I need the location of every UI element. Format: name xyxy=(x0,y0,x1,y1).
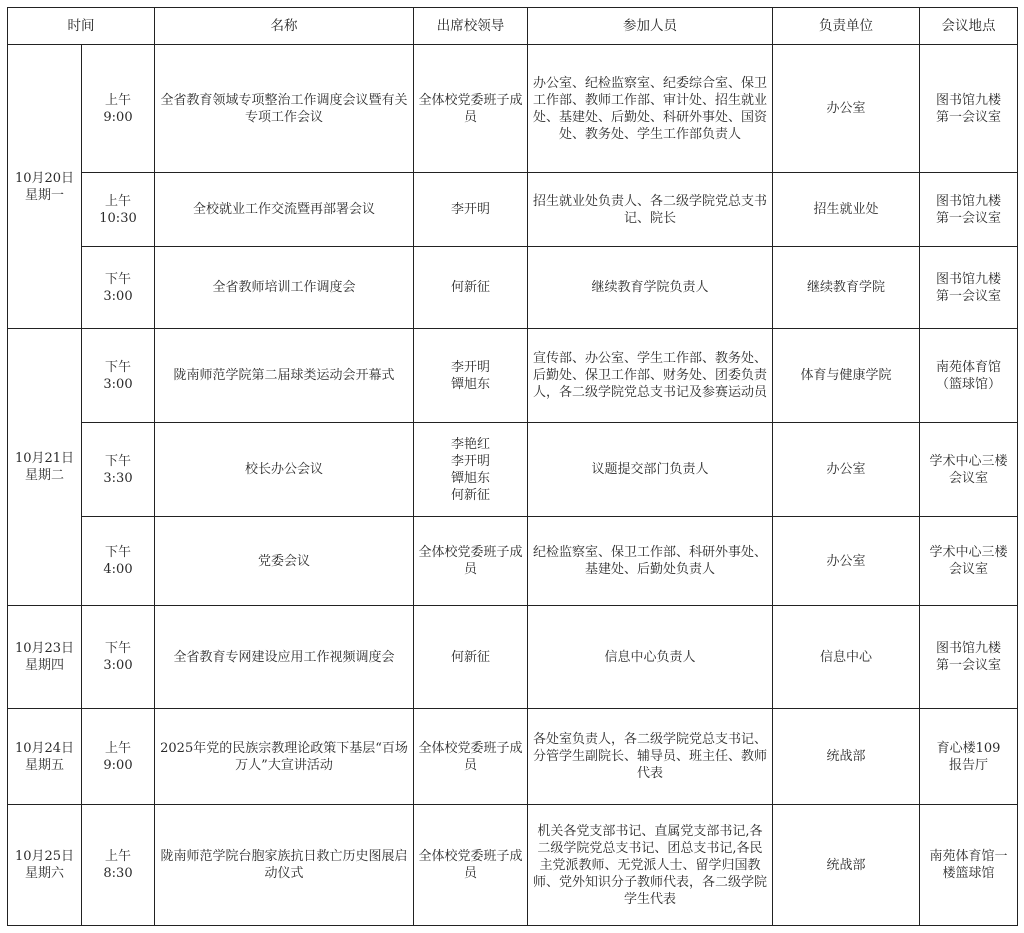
time-cell: 下午 3:00 xyxy=(82,247,155,329)
time-cell: 下午 3:00 xyxy=(82,606,155,709)
date-cell: 10月21日 星期二 xyxy=(8,329,82,606)
table-row: 10月25日 星期六 上午 8:30 陇南师范学院台胞家族抗日救亡历史图展启动仪… xyxy=(8,805,1018,926)
table-row: 上午 10:30 全校就业工作交流暨再部署会议 李开明 招生就业处负责人、各二级… xyxy=(8,173,1018,247)
time-cell: 下午 3:30 xyxy=(82,423,155,517)
meeting-name-cell: 陇南师范学院台胞家族抗日救亡历史图展启动仪式 xyxy=(155,805,414,926)
meeting-name-cell: 陇南师范学院第二届球类运动会开幕式 xyxy=(155,329,414,423)
date-cell: 10月23日 星期四 xyxy=(8,606,82,709)
meeting-schedule-table: 时间 名称 出席校领导 参加人员 负责单位 会议地点 10月20日 星期一 上午… xyxy=(7,7,1018,926)
location-cell: 图书馆九楼 第一会议室 xyxy=(920,247,1018,329)
table-row: 下午 4:00 党委会议 全体校党委班子成员 纪检监察室、保卫工作部、科研外事处… xyxy=(8,517,1018,606)
header-unit: 负责单位 xyxy=(773,8,920,45)
location-cell: 南苑体育馆一 楼篮球馆 xyxy=(920,805,1018,926)
leaders-cell: 全体校党委班子成员 xyxy=(414,45,528,173)
date-cell: 10月25日 星期六 xyxy=(8,805,82,926)
location-cell: 学术中心三楼 会议室 xyxy=(920,517,1018,606)
attendees-cell: 纪检监察室、保卫工作部、科研外事处、基建处、后勤处负责人 xyxy=(528,517,773,606)
location-cell: 图书馆九楼 第一会议室 xyxy=(920,45,1018,173)
leaders-cell: 李艳红 李开明 镡旭东 何新征 xyxy=(414,423,528,517)
leaders-cell: 全体校党委班子成员 xyxy=(414,805,528,926)
attendees-cell: 宣传部、办公室、学生工作部、教务处、后勤处、保卫工作部、财务处、团委负责人，各二… xyxy=(528,329,773,423)
meeting-name-cell: 全校就业工作交流暨再部署会议 xyxy=(155,173,414,247)
meeting-name-cell: 党委会议 xyxy=(155,517,414,606)
attendees-cell: 继续教育学院负责人 xyxy=(528,247,773,329)
time-cell: 上午 10:30 xyxy=(82,173,155,247)
meeting-name-cell: 全省教育专网建设应用工作视频调度会 xyxy=(155,606,414,709)
unit-cell: 统战部 xyxy=(773,709,920,805)
attendees-cell: 信息中心负责人 xyxy=(528,606,773,709)
location-cell: 图书馆九楼 第一会议室 xyxy=(920,173,1018,247)
unit-cell: 招生就业处 xyxy=(773,173,920,247)
location-cell: 图书馆九楼 第一会议室 xyxy=(920,606,1018,709)
header-location: 会议地点 xyxy=(920,8,1018,45)
unit-cell: 统战部 xyxy=(773,805,920,926)
table-row: 10月24日 星期五 上午 9:00 2025年党的民族宗教理论政策下基层“百场… xyxy=(8,709,1018,805)
meeting-name-cell: 校长办公会议 xyxy=(155,423,414,517)
header-row: 时间 名称 出席校领导 参加人员 负责单位 会议地点 xyxy=(8,8,1018,45)
meeting-name-cell: 2025年党的民族宗教理论政策下基层“百场万人”大宣讲活动 xyxy=(155,709,414,805)
leaders-cell: 全体校党委班子成员 xyxy=(414,709,528,805)
unit-cell: 信息中心 xyxy=(773,606,920,709)
header-time: 时间 xyxy=(8,8,155,45)
location-cell: 育心楼109 报告厅 xyxy=(920,709,1018,805)
attendees-cell: 办公室、纪检监察室、纪委综合室、保卫工作部、教师工作部、审计处、招生就业处、基建… xyxy=(528,45,773,173)
unit-cell: 办公室 xyxy=(773,45,920,173)
unit-cell: 办公室 xyxy=(773,423,920,517)
attendees-cell: 机关各党支部书记、直属党支部书记,各二级学院党总支书记、团总支书记,各民主党派教… xyxy=(528,805,773,926)
unit-cell: 体育与健康学院 xyxy=(773,329,920,423)
date-cell: 10月20日 星期一 xyxy=(8,45,82,329)
leaders-cell: 何新征 xyxy=(414,247,528,329)
table-row: 10月20日 星期一 上午 9:00 全省教育领域专项整治工作调度会议暨有关专项… xyxy=(8,45,1018,173)
location-cell: 学术中心三楼 会议室 xyxy=(920,423,1018,517)
time-cell: 上午 9:00 xyxy=(82,709,155,805)
time-cell: 上午 8:30 xyxy=(82,805,155,926)
table-row: 10月21日 星期二 下午 3:00 陇南师范学院第二届球类运动会开幕式 李开明… xyxy=(8,329,1018,423)
unit-cell: 继续教育学院 xyxy=(773,247,920,329)
leaders-cell: 全体校党委班子成员 xyxy=(414,517,528,606)
leaders-cell: 何新征 xyxy=(414,606,528,709)
leaders-cell: 李开明 xyxy=(414,173,528,247)
unit-cell: 办公室 xyxy=(773,517,920,606)
leaders-cell: 李开明 镡旭东 xyxy=(414,329,528,423)
attendees-cell: 招生就业处负责人、各二级学院党总支书记、院长 xyxy=(528,173,773,247)
meeting-name-cell: 全省教师培训工作调度会 xyxy=(155,247,414,329)
location-cell: 南苑体育馆 （篮球馆） xyxy=(920,329,1018,423)
table-row: 下午 3:00 全省教师培训工作调度会 何新征 继续教育学院负责人 继续教育学院… xyxy=(8,247,1018,329)
header-leaders: 出席校领导 xyxy=(414,8,528,45)
meeting-name-cell: 全省教育领域专项整治工作调度会议暨有关专项工作会议 xyxy=(155,45,414,173)
attendees-cell: 各处室负责人，各二级学院党总支书记、分管学生副院长、辅导员、班主任、教师代表 xyxy=(528,709,773,805)
header-attendees: 参加人员 xyxy=(528,8,773,45)
time-cell: 下午 3:00 xyxy=(82,329,155,423)
date-cell: 10月24日 星期五 xyxy=(8,709,82,805)
time-cell: 上午 9:00 xyxy=(82,45,155,173)
table-row: 10月23日 星期四 下午 3:00 全省教育专网建设应用工作视频调度会 何新征… xyxy=(8,606,1018,709)
time-cell: 下午 4:00 xyxy=(82,517,155,606)
table-row: 下午 3:30 校长办公会议 李艳红 李开明 镡旭东 何新征 议题提交部门负责人… xyxy=(8,423,1018,517)
attendees-cell: 议题提交部门负责人 xyxy=(528,423,773,517)
header-name: 名称 xyxy=(155,8,414,45)
